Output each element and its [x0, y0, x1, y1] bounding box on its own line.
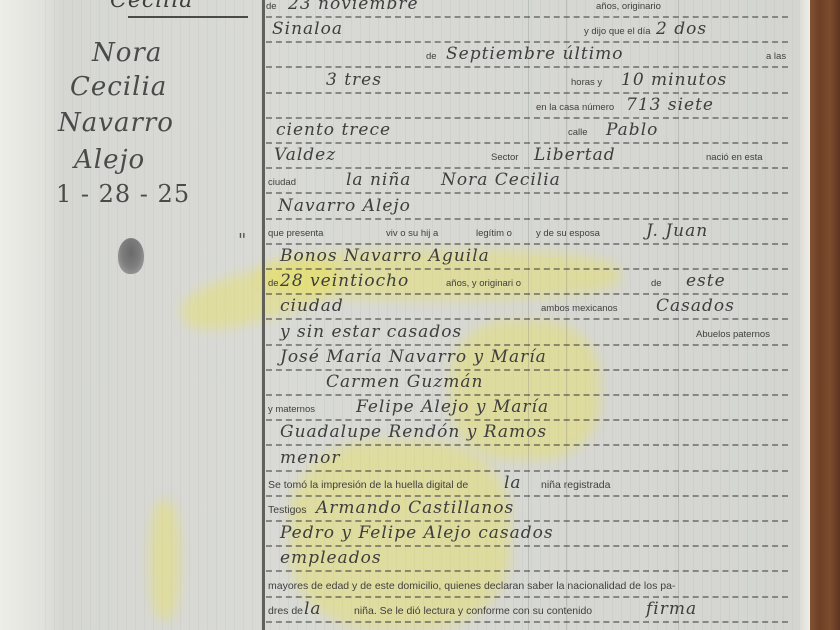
- handwritten-entry: Casados: [656, 296, 735, 316]
- printed-label: calle: [568, 127, 588, 138]
- handwritten-entry: menor: [280, 448, 341, 468]
- page-left-edge: [0, 0, 40, 630]
- printed-label: años, y originari o: [446, 278, 521, 289]
- handwritten-entry: Felipe Alejo y María: [356, 397, 549, 417]
- handwritten-entry: empleados: [280, 548, 382, 568]
- printed-label: que presenta: [268, 228, 323, 239]
- printed-label: y maternos: [268, 404, 315, 415]
- handwritten-entry: la: [504, 473, 522, 493]
- printed-label: de: [266, 1, 277, 12]
- printed-label: en la casa número: [536, 102, 614, 113]
- handwritten-entry: ciento trece: [276, 120, 391, 140]
- handwritten-entry: Libertad: [534, 145, 616, 165]
- printed-label: años, originario: [596, 1, 661, 12]
- margin-column: Cecilia Nora Cecilia Navarro Alejo 1 - 2…: [40, 0, 262, 630]
- printed-label: horas y: [571, 77, 602, 88]
- printed-label: de: [426, 51, 437, 62]
- handwritten-entry: la: [304, 599, 322, 619]
- printed-label: nació en esta: [706, 152, 763, 163]
- handwritten-entry: Sinaloa: [272, 19, 343, 39]
- margin-given-name-2: Cecilia: [70, 72, 167, 102]
- printed-label: de: [651, 278, 662, 289]
- wooden-table-background: [806, 0, 840, 630]
- handwritten-entry: firma: [646, 599, 697, 619]
- printed-label: Testigos: [268, 504, 307, 516]
- margin-top-scrawl: Cecilia: [110, 0, 193, 13]
- handwritten-entry: José María Navarro y María: [280, 347, 547, 367]
- handwritten-entry: Guadalupe Rendón y Ramos: [280, 422, 547, 442]
- printed-label: Sector: [491, 152, 518, 163]
- margin-divider-line: [262, 0, 265, 630]
- page-right-edge: [800, 0, 810, 630]
- printed-label: ambos mexicanos: [541, 303, 618, 314]
- margin-surname-1: Navarro: [58, 108, 174, 138]
- handwritten-entry: 28 veintiocho: [280, 271, 409, 291]
- handwritten-entry: Carmen Guzmán: [326, 372, 484, 392]
- handwritten-entry: 713 siete: [626, 95, 714, 115]
- handwritten-entry: ciudad: [280, 296, 344, 316]
- margin-underline: [128, 16, 248, 18]
- printed-label: de: [268, 278, 279, 289]
- handwritten-entry: este: [686, 271, 726, 291]
- margin-date: 1 - 28 - 25: [56, 180, 190, 208]
- margin-surname-2: Alejo: [74, 145, 145, 175]
- printed-label: niña registrada: [541, 479, 610, 491]
- printed-label: legítim o: [476, 228, 512, 239]
- printed-label: y de su esposa: [536, 228, 600, 239]
- document-sheet: Cecilia Nora Cecilia Navarro Alejo 1 - 2…: [0, 0, 810, 630]
- form-body: de23 noviembreaños, originarioSinaloa2 d…: [266, 0, 800, 630]
- printed-label: y dijo que el día: [584, 26, 651, 37]
- handwritten-entry: Pedro y Felipe Alejo casados: [280, 523, 554, 543]
- printed-label: mayores de edad y de este domicilio, qui…: [268, 580, 675, 592]
- handwritten-entry: Navarro Alejo: [278, 196, 411, 216]
- handwritten-entry: Septiembre último: [446, 44, 624, 64]
- printed-label: ciudad: [268, 177, 296, 188]
- handwritten-entry: J. Juan: [646, 221, 708, 241]
- handwritten-entry: 23 noviembre: [288, 0, 419, 14]
- handwritten-entry: 2 dos: [656, 19, 707, 39]
- printed-label: viv o su hij a: [386, 228, 438, 239]
- handwritten-entry: Bonos Navarro Aguila: [280, 246, 490, 266]
- printed-label: dres de: [268, 605, 303, 617]
- printed-label: a las: [766, 51, 786, 62]
- handwritten-entry: 10 minutos: [621, 70, 727, 90]
- printed-label: niña. Se le dió lectura y conforme con s…: [354, 605, 592, 617]
- ditto-mark: ": [238, 230, 247, 251]
- handwritten-entry: Nora Cecilia: [441, 170, 561, 190]
- printed-label: Se tomó la impresión de la huella digita…: [268, 479, 468, 491]
- handwritten-entry: 3 tres: [326, 70, 382, 90]
- thumbprint-mark: [118, 238, 144, 274]
- handwritten-entry: la niña: [346, 170, 411, 190]
- printed-label: Abuelos paternos: [696, 329, 770, 340]
- handwritten-entry: y sin estar casados: [280, 322, 462, 342]
- handwritten-entry: Valdez: [274, 145, 336, 165]
- handwritten-entry: Pablo: [606, 120, 658, 140]
- handwritten-entry: Armando Castillanos: [316, 498, 514, 518]
- form-line: dres delafirmaniña. Se le dió lectura y …: [266, 593, 788, 623]
- margin-given-name-1: Nora: [92, 38, 162, 68]
